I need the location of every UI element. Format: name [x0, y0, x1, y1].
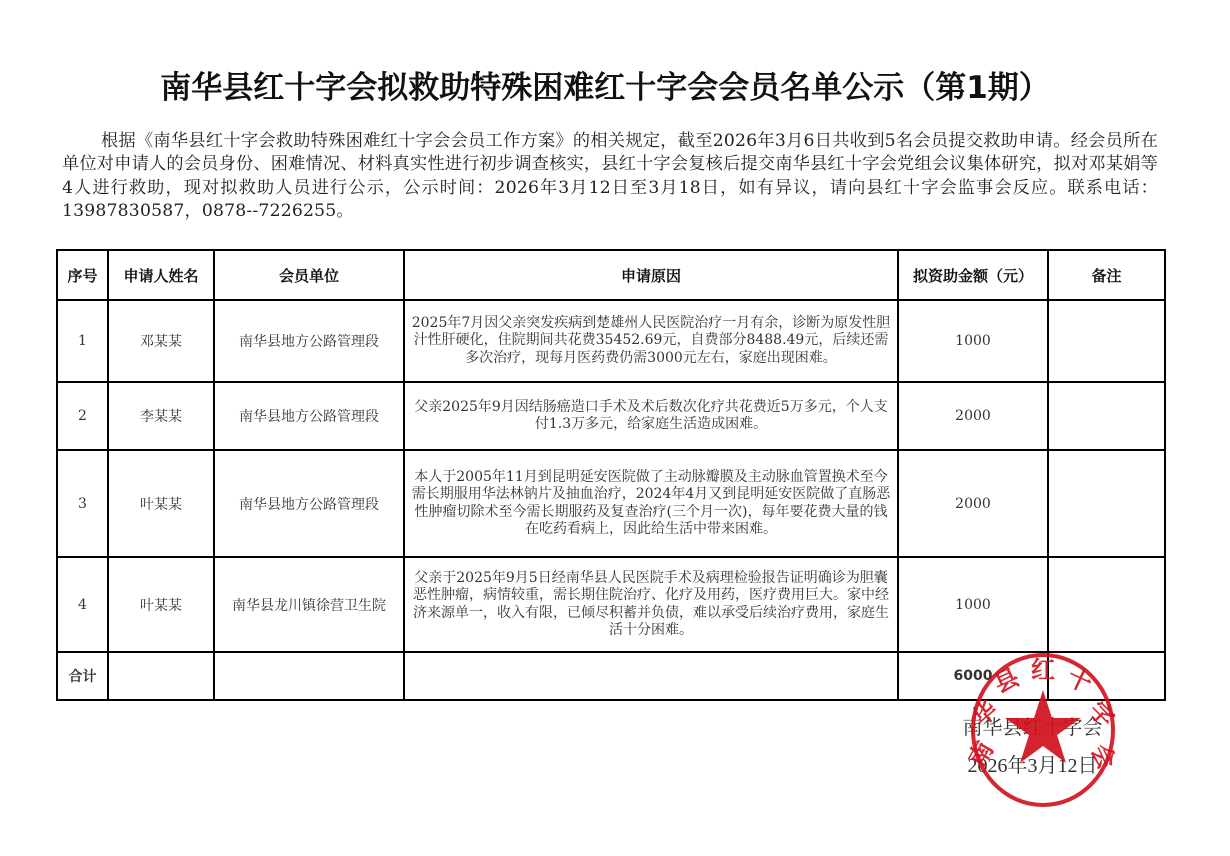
header-unit: 会员单位 — [214, 250, 404, 300]
total-empty — [108, 652, 214, 700]
cell-amount: 1000 — [898, 557, 1048, 652]
cell-amount: 1000 — [898, 300, 1048, 382]
cell-name: 叶某某 — [108, 450, 214, 557]
total-empty — [214, 652, 404, 700]
page-title: 南华县红十字会拟救助特殊困难红十字会会员名单公示（第1期） — [0, 62, 1210, 107]
cell-note — [1048, 450, 1165, 557]
signature-date: 2026年3月12日 — [950, 751, 1115, 789]
total-empty — [404, 652, 898, 700]
cell-note — [1048, 382, 1165, 450]
table-row: 4 叶某某 南华县龙川镇徐营卫生院 父亲于2025年9月5日经南华县人民医院手术… — [57, 557, 1165, 652]
cell-reason: 2025年7月因父亲突发疾病到楚雄州人民医院治疗一月有余，诊断为原发性胆汁性肝硬… — [404, 300, 898, 382]
cell-reason: 本人于2005年11月到昆明延安医院做了主动脉瓣膜及主动脉血管置换术至今需长期服… — [404, 450, 898, 557]
cell-no: 3 — [57, 450, 108, 557]
cell-unit: 南华县地方公路管理段 — [214, 382, 404, 450]
total-row: 合计 6000 — [57, 652, 1165, 700]
cell-unit: 南华县龙川镇徐营卫生院 — [214, 557, 404, 652]
cell-name: 邓某某 — [108, 300, 214, 382]
total-label: 合计 — [57, 652, 108, 700]
header-name: 申请人姓名 — [108, 250, 214, 300]
table-row: 2 李某某 南华县地方公路管理段 父亲2025年9月因结肠癌造口手术及术后数次化… — [57, 382, 1165, 450]
header-note: 备注 — [1048, 250, 1165, 300]
cell-note — [1048, 300, 1165, 382]
total-amount: 6000 — [898, 652, 1048, 700]
intro-paragraph: 根据《南华县红十字会救助特殊困难红十字会会员工作方案》的相关规定，截至2026年… — [62, 130, 1158, 223]
header-no: 序号 — [57, 250, 108, 300]
cell-no: 4 — [57, 557, 108, 652]
header-reason: 申请原因 — [404, 250, 898, 300]
cell-unit: 南华县地方公路管理段 — [214, 300, 404, 382]
table-header-row: 序号 申请人姓名 会员单位 申请原因 拟资助金额（元） 备注 — [57, 250, 1165, 300]
member-list-table: 序号 申请人姓名 会员单位 申请原因 拟资助金额（元） 备注 1 邓某某 南华县… — [56, 249, 1166, 701]
cell-no: 2 — [57, 382, 108, 450]
signature-block: 南华县红十字会 2026年3月12日 — [950, 713, 1115, 789]
cell-amount: 2000 — [898, 450, 1048, 557]
table-row: 3 叶某某 南华县地方公路管理段 本人于2005年11月到昆明延安医院做了主动脉… — [57, 450, 1165, 557]
header-amount: 拟资助金额（元） — [898, 250, 1048, 300]
signature-org: 南华县红十字会 — [950, 713, 1115, 751]
table-row: 1 邓某某 南华县地方公路管理段 2025年7月因父亲突发疾病到楚雄州人民医院治… — [57, 300, 1165, 382]
cell-reason: 父亲于2025年9月5日经南华县人民医院手术及病理检验报告证明确诊为胆囊恶性肿瘤… — [404, 557, 898, 652]
cell-name: 叶某某 — [108, 557, 214, 652]
cell-amount: 2000 — [898, 382, 1048, 450]
cell-name: 李某某 — [108, 382, 214, 450]
total-empty — [1048, 652, 1165, 700]
cell-note — [1048, 557, 1165, 652]
cell-unit: 南华县地方公路管理段 — [214, 450, 404, 557]
cell-no: 1 — [57, 300, 108, 382]
cell-reason: 父亲2025年9月因结肠癌造口手术及术后数次化疗共花费近5万多元，个人支付1.3… — [404, 382, 898, 450]
